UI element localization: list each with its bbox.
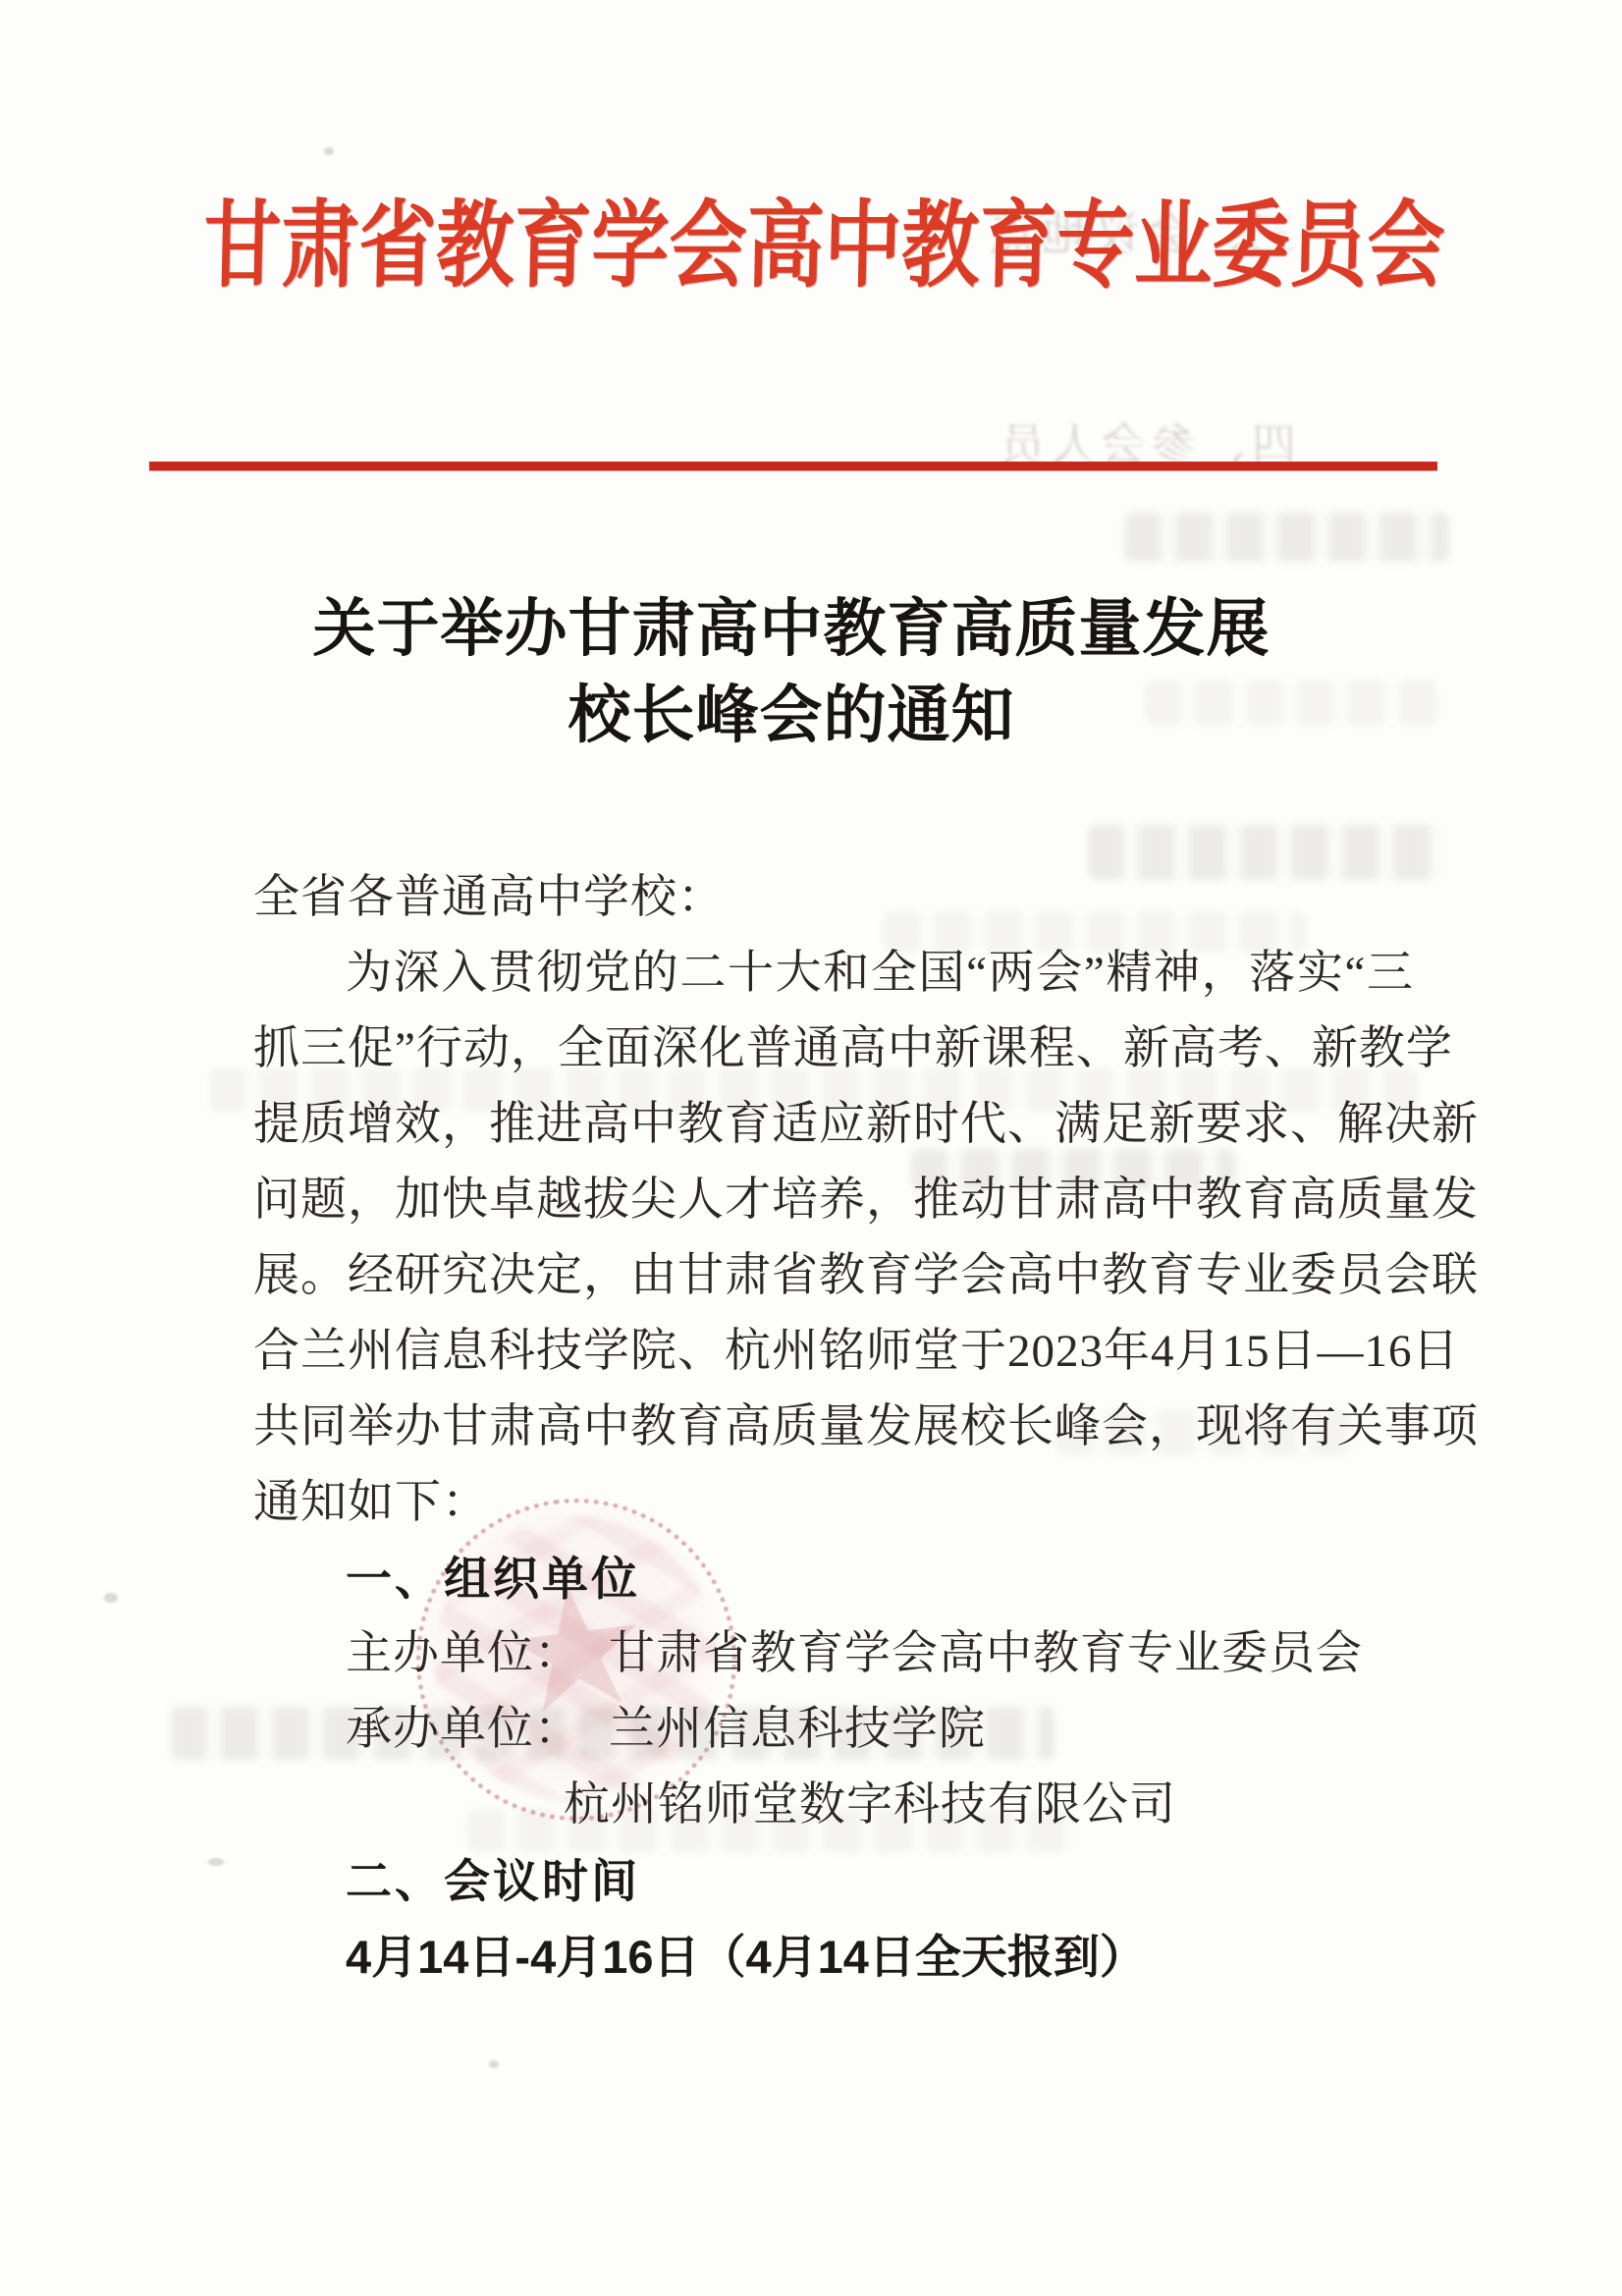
host-unit-value: 甘肃省教育学会高中教育专业委员会 (609, 1628, 1363, 1679)
host-unit-line: 主办单位：甘肃省教育学会高中教育专业委员会 (253, 1616, 1414, 1692)
notice-body: 全省各普通高中学校： 为深入贯彻党的二十大和全国“两会”精神，落实“三 抓三促”… (253, 860, 1414, 1995)
doc-title-line2: 校长峰会的通知 (0, 673, 1583, 759)
paragraph-line: 问题，加快卓越拔尖人才培养，推动甘肃高中教育高质量发 (253, 1163, 1414, 1238)
section-heading-organizers: 一、组织单位 (253, 1541, 1414, 1616)
paragraph-line: 合兰州信息科技学院、杭州铭师堂于2023年4月15日—16日 (253, 1314, 1414, 1390)
undertaker-unit-line: 承办单位：兰州信息科技学院 (253, 1692, 1414, 1768)
scan-speck (489, 2060, 499, 2068)
letterhead-rule (149, 462, 1437, 470)
salutation-line: 全省各普通高中学校： (253, 860, 1414, 936)
scan-speck (324, 147, 334, 155)
host-unit-label: 主办单位： (346, 1628, 581, 1679)
paragraph-line: 提质增效，推进高中教育适应新时代、满足新要求、解决新 (253, 1087, 1414, 1163)
undertaker-unit-value: 兰州信息科技学院 (609, 1704, 986, 1755)
paragraph-line: 共同举办甘肃高中教育高质量发展校长峰会，现将有关事项 (253, 1390, 1414, 1465)
meeting-date-line: 4月14日-4月16日（4月14日全天报到） (253, 1919, 1414, 1995)
scan-speck (104, 1593, 118, 1603)
scan-speck (208, 1858, 224, 1866)
undertaker-unit-line2: 杭州铭师堂数字科技有限公司 (253, 1768, 1414, 1843)
section-heading-meeting-time: 二、会议时间 (253, 1843, 1414, 1919)
paragraph-line: 抓三促”行动，全面深化普通高中新课程、新高考、新教学 (253, 1011, 1414, 1087)
paragraph-line: 展。经研究决定，由甘肃省教育学会高中教育专业委员会联 (253, 1238, 1414, 1314)
undertaker-unit-label: 承办单位： (346, 1704, 581, 1755)
bleedthrough-smudge (1125, 513, 1449, 562)
doc-title-line1: 关于举办甘肃高中教育高质量发展 (0, 586, 1583, 673)
paragraph-line: 为深入贯彻党的二十大和全国“两会”精神，落实“三 (253, 936, 1414, 1011)
paragraph-line: 通知如下： (253, 1465, 1414, 1541)
doc-title: 关于举办甘肃高中教育高质量发展 校长峰会的通知 (0, 586, 1583, 759)
scanned-notice-page: 三、会议地点 四、参会人员 甘肃省教育学会高中教育专业委员会 关于举办甘肃高中教… (0, 0, 1622, 2296)
letterhead-org-name: 甘肃省教育学会高中教育专业委员会 (95, 169, 1553, 305)
